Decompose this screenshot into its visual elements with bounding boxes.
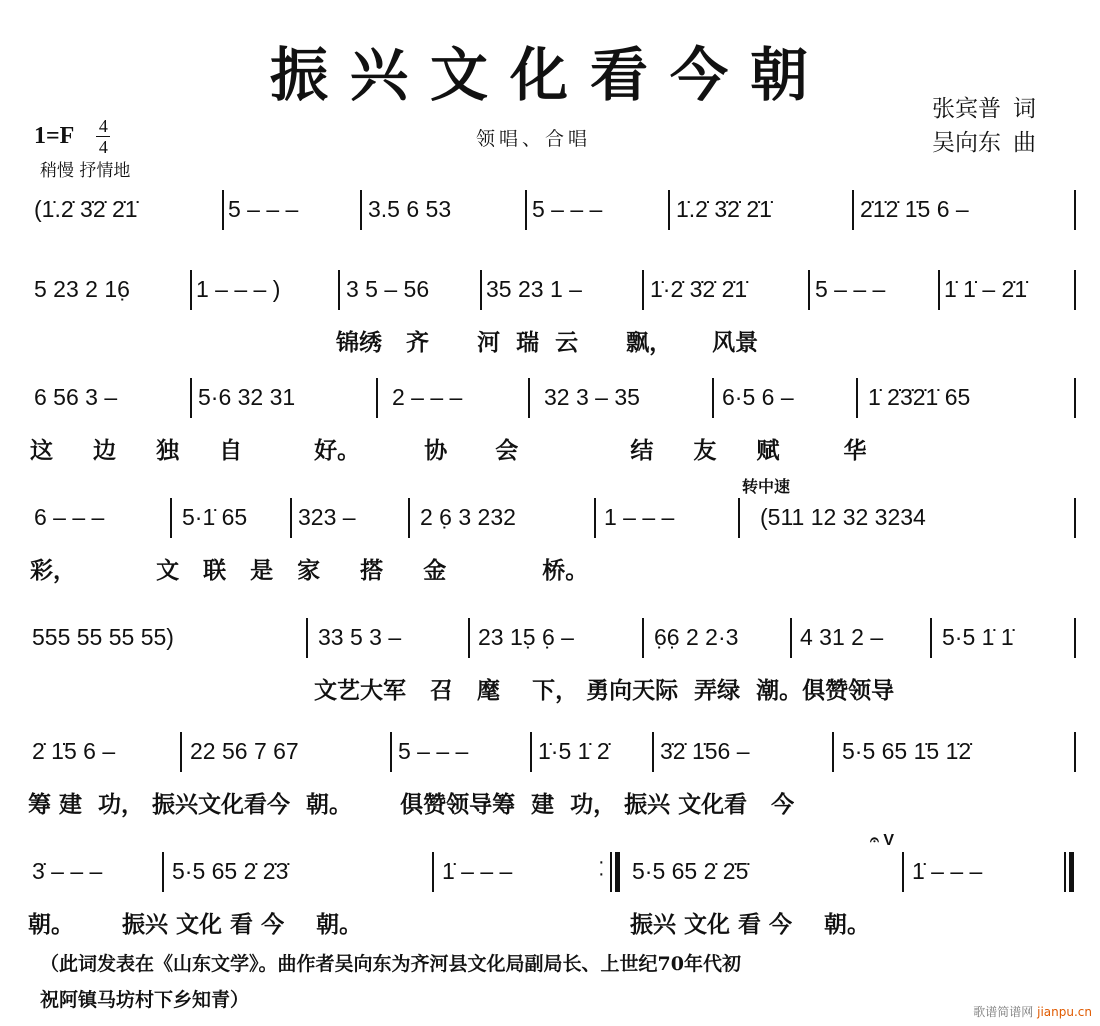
composer-credit: 吴向东曲 xyxy=(932,126,1036,160)
measure: 5·5 65 1̇5 1̇2̇ xyxy=(842,738,971,765)
footnote: （此词发表在《山东文学》。曲作者吴向东为齐河县文化局副局长、上世纪70年代初 祝… xyxy=(40,946,1070,1018)
measure: 5·5 65 2̇ 2̇5̇ xyxy=(632,858,748,885)
barline xyxy=(930,618,932,658)
barline xyxy=(642,618,644,658)
barline xyxy=(852,190,854,230)
barline xyxy=(808,270,810,310)
measure: 5·5 1̇ 1̇ xyxy=(942,624,1014,651)
measure: 3̇2̇ 1̇56 – xyxy=(660,738,750,765)
time-signature-top: 4 xyxy=(99,118,108,134)
footnote-line-1: （此词发表在《山东文学》。曲作者吴向东为齐河县文化局副局长、上世纪70年代初 xyxy=(40,946,1070,982)
measure: 1̇·2̇ 3̇2̇ 2̇1̇ xyxy=(650,276,747,303)
barline xyxy=(468,618,470,658)
measure: 23 15̣ 6̣ – xyxy=(478,624,574,651)
barline xyxy=(1074,270,1076,310)
lyrics-line: 这 边 独 自 好。 协 会 结 友 赋 华 xyxy=(30,432,867,465)
barline xyxy=(432,852,434,892)
measure: 1̇ 1̇ – 2̇1̇ xyxy=(944,276,1027,303)
barline xyxy=(170,498,172,538)
lyricist-credit: 张宾普词 xyxy=(932,92,1036,126)
barline xyxy=(290,498,292,538)
barline xyxy=(1074,190,1076,230)
time-signature: 4 4 xyxy=(96,118,110,155)
measure: 555 55 55 55) xyxy=(32,624,174,651)
measure: 1̇ – – – xyxy=(912,858,982,885)
measure: 5·6 32 31 xyxy=(198,384,295,411)
lyrics-line: 振兴 文化 看 今 朝。 xyxy=(630,906,870,939)
barline xyxy=(902,852,904,892)
measure: 323 – xyxy=(298,504,356,531)
measure: 35 23 1 – xyxy=(486,276,582,303)
fermata-breath-mark: 𝄐 V xyxy=(870,832,894,850)
barline xyxy=(594,498,596,538)
barline xyxy=(360,190,362,230)
lyrics-line: 朝。 振兴 文化 看 今 朝。 xyxy=(28,906,362,939)
footnote-line-2: 祝阿镇马坊村下乡知青） xyxy=(40,982,1070,1018)
measure: 32 3 – 35 xyxy=(544,384,640,411)
measure: 1 – – – ) xyxy=(196,276,280,303)
barline xyxy=(790,618,792,658)
measure: 2̇ 1̇5 6 – xyxy=(32,738,115,765)
barline xyxy=(376,378,378,418)
measure: 2̇1̇2̇ 1̇5 6 – xyxy=(860,196,969,223)
measure: 5·1̇ 65 xyxy=(182,504,247,531)
barline xyxy=(938,270,940,310)
barline xyxy=(1074,732,1076,772)
barline xyxy=(528,378,530,418)
time-signature-bottom: 4 xyxy=(99,139,108,155)
barline xyxy=(856,378,858,418)
lyrics-line: 筹 建 功， 振兴文化看今 朝。 俱赞领导筹 建 功， 振兴 文化看 今 xyxy=(28,786,794,819)
barline xyxy=(1074,498,1076,538)
measure: 4 31 2 – xyxy=(800,624,883,651)
measure: 5 – – – xyxy=(532,196,602,223)
measure: 1̇ 2̇3̇2̇1̇ 65 xyxy=(868,384,970,411)
barline xyxy=(480,270,482,310)
barline xyxy=(642,270,644,310)
barline xyxy=(652,732,654,772)
tempo-change-annotation: 转中速 xyxy=(742,474,790,497)
measure: 1̇·5 1̇ 2̇ xyxy=(538,738,610,765)
barline xyxy=(390,732,392,772)
barline xyxy=(408,498,410,538)
measure: 2 – – – xyxy=(392,384,462,411)
key-label: 1=F xyxy=(34,123,74,150)
measure: 33 5 3 – xyxy=(318,624,401,651)
lyrics-line: 锦绣 齐 河 瑞 云 飘， 风景 xyxy=(336,324,758,357)
barline xyxy=(668,190,670,230)
key-signature: 1=F 4 4 xyxy=(34,118,110,155)
measure: 5 – – – xyxy=(815,276,885,303)
measure: 1̇ – – – xyxy=(442,858,512,885)
barline xyxy=(222,190,224,230)
measure: 2 6̣ 3 232 xyxy=(420,504,516,531)
measure: 3̇ – – – xyxy=(32,858,102,885)
barline xyxy=(1074,618,1076,658)
measure: 1 – – – xyxy=(604,504,674,531)
barline xyxy=(525,190,527,230)
watermark: 歌谱简谱网 jianpu.cn xyxy=(973,1003,1092,1020)
watermark-domain: jianpu.cn xyxy=(1037,1005,1092,1019)
barline xyxy=(712,378,714,418)
measure: 6 56 3 – xyxy=(34,384,117,411)
tempo-marking: 稍慢 抒情地 xyxy=(40,156,130,181)
measure: 3.5 6 53 xyxy=(368,196,451,223)
lyrics-line: 彩， 文 联 是 家 搭 金 桥。 xyxy=(30,552,588,585)
measure: 6·5 6 – xyxy=(722,384,794,411)
barline xyxy=(162,852,164,892)
measure: 5 – – – xyxy=(398,738,468,765)
barline xyxy=(180,732,182,772)
watermark-site-name: 歌谱简谱网 xyxy=(973,1005,1033,1019)
measure: 3 5 – 56 xyxy=(346,276,429,303)
barline xyxy=(190,270,192,310)
measure: 5 23 2 16̣ xyxy=(34,276,130,303)
measure: (511 12 32 3234 xyxy=(760,504,926,531)
measure: (1̇.2̇ 3̇2̇ 2̇1̇ xyxy=(34,196,138,223)
barline xyxy=(738,498,740,538)
barline xyxy=(306,618,308,658)
measure: 6 – – – xyxy=(34,504,104,531)
performance-form: 领唱、合唱 xyxy=(476,124,591,151)
measure: 6̣6̣ 2 2·3 xyxy=(654,624,738,651)
barline xyxy=(338,270,340,310)
measure: 5 – – – xyxy=(228,196,298,223)
measure: 5·5 65 2̇ 2̇3̇ xyxy=(172,858,288,885)
barline xyxy=(1074,378,1076,418)
credits: 张宾普词 吴向东曲 xyxy=(932,92,1036,160)
measure: 22 56 7 67 xyxy=(190,738,299,765)
lyrics-line: 文艺大军 召 麾 下， 勇向天际 弄绿 潮。俱赞领导 xyxy=(314,672,894,705)
barline xyxy=(530,732,532,772)
measure: 1̇.2̇ 3̇2̇ 2̇1̇ xyxy=(676,196,772,223)
barline xyxy=(190,378,192,418)
barline xyxy=(832,732,834,772)
